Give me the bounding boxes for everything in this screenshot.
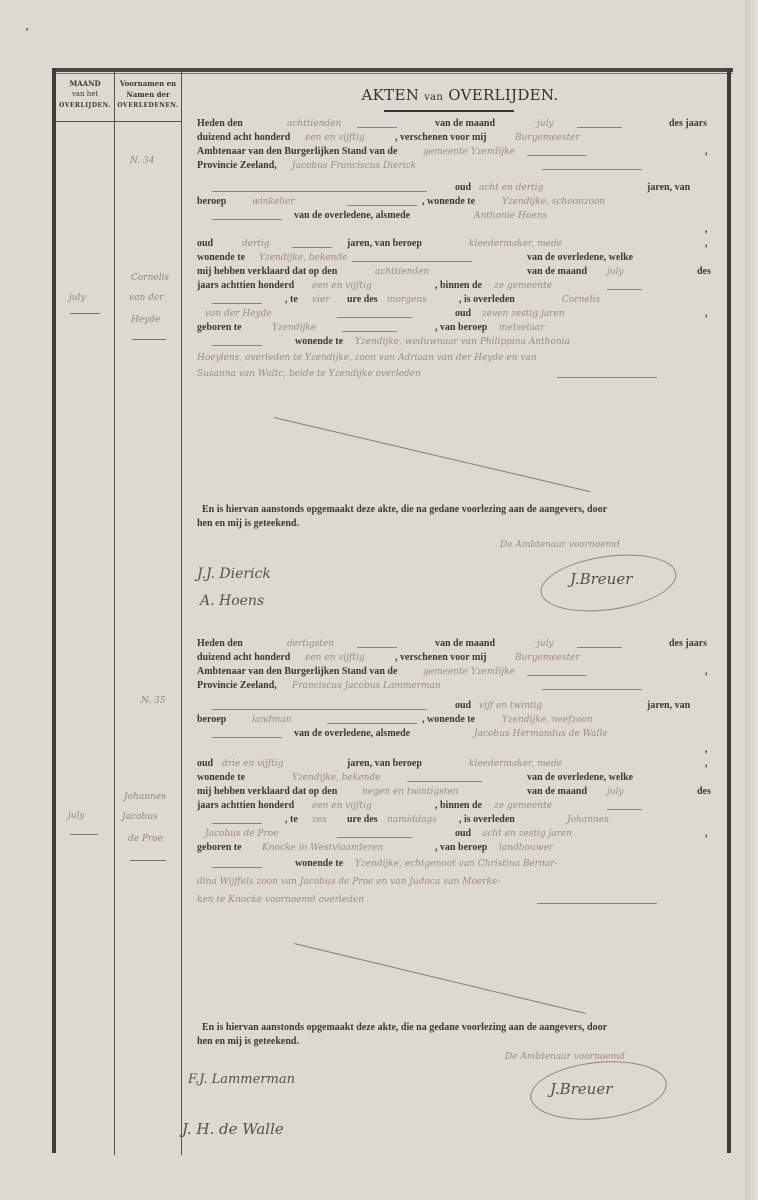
- frame-top-inner-border: [53, 73, 733, 74]
- line: van der Heyde oud zeven zestig jaren ,: [197, 307, 717, 321]
- strike-line: [294, 943, 586, 1014]
- column-header-rule: [56, 121, 182, 122]
- signature-official: J.Breuer: [550, 1080, 612, 1098]
- line: geboren te Knocke in Westvlaanderen , va…: [197, 841, 717, 855]
- closing-line: hen en mij is geteekend.: [197, 1035, 717, 1049]
- line: Jacobus de Proe oud acht en zestig jaren…: [197, 827, 717, 841]
- signature-official: J.Breuer: [570, 570, 632, 588]
- line: beroep winkelier , wonende te Yzendijke,…: [197, 195, 717, 209]
- side-rule: [130, 860, 166, 861]
- record-number: N. 35: [141, 696, 165, 706]
- record-number: N. 34: [130, 156, 154, 166]
- line: oud vijf en twintig jaren, van: [197, 699, 717, 713]
- title-rule: [384, 110, 514, 112]
- line: van de overledene, alsmede Anthonie Hoen…: [197, 209, 717, 223]
- closing-line: En is hiervan aanstonds opgemaakt deze a…: [197, 1021, 717, 1035]
- side-month: july: [69, 293, 86, 303]
- line: mij hebben verklaard dat op den achttien…: [197, 265, 717, 279]
- margin-mark: ’: [25, 26, 29, 40]
- official-caption: De Ambtenaar voornoemd: [500, 540, 620, 550]
- side-month: july: [68, 811, 85, 821]
- line: , te zes ure des namiddags , is overlede…: [197, 813, 717, 827]
- page-edge: [745, 0, 758, 1200]
- line: duizend acht honderd een en vijftig , ve…: [197, 131, 717, 145]
- page-title: AKTEN van OVERLIJDEN.: [190, 86, 730, 104]
- line: geboren te Yzendijke , van beroep metsel…: [197, 321, 717, 335]
- frame-right-border: [727, 68, 731, 1153]
- column-header-month: MAAND van het OVERLIJDEN.: [56, 78, 114, 111]
- side-name-line-2: Jacobus: [122, 812, 158, 822]
- line: van de overledene, alsmede Jacobus Herma…: [197, 727, 717, 741]
- line: Hoeylens, overleden te Yzendijke, zoon v…: [197, 351, 717, 365]
- line: Susanna van Waltc, beide te Yzendijke ov…: [197, 367, 717, 381]
- line: ,: [197, 743, 717, 757]
- line: Heden den achttienden van de maand july …: [197, 117, 717, 131]
- frame-left-border: [52, 68, 56, 1153]
- line: Heden den dertigsten van de maand july d…: [197, 637, 717, 651]
- line: mij hebben verklaard dat op den negen en…: [197, 785, 717, 799]
- side-rule: [132, 339, 166, 340]
- side-name-line-1: Cornelis: [131, 273, 169, 283]
- line: Provincie Zeeland, Franciscus Jacobus La…: [197, 679, 717, 693]
- signature-declarant-1: J.J. Dierick: [197, 566, 271, 582]
- line: , te vier ure des morgens , is overleden…: [197, 293, 717, 307]
- line: ken te Knocke voornoemd overleden: [197, 893, 717, 907]
- column-divider-names: [181, 72, 182, 1155]
- line: oud acht en dertig jaren, van: [197, 181, 717, 195]
- line: beroep landman , wonende te Yzendijke, n…: [197, 713, 717, 727]
- line: Ambtenaar van den Burgerlijken Stand van…: [197, 665, 717, 679]
- side-rule: [70, 313, 100, 314]
- line: ,: [197, 223, 717, 237]
- line: Provincie Zeeland, Jacobus Franciscus Di…: [197, 159, 717, 173]
- line: wonende te Yzendijke, bekende van de ove…: [197, 771, 717, 785]
- signature-declarant-1: F.J. Lammerman: [188, 1072, 295, 1087]
- line: jaars achttien honderd een en vijftig , …: [197, 799, 717, 813]
- closing-line: En is hiervan aanstonds opgemaakt deze a…: [197, 503, 717, 517]
- side-name-line-1: Johannes: [124, 792, 166, 802]
- column-divider-month: [114, 72, 115, 1155]
- side-name-line-3: Heyde: [131, 315, 160, 325]
- line: wonende te Yzendijke, weduwnaar van Phil…: [197, 335, 717, 349]
- line: Ambtenaar van den Burgerlijken Stand van…: [197, 145, 717, 159]
- line: duizend acht honderd een en vijftig , ve…: [197, 651, 717, 665]
- side-name-line-3: de Proe: [128, 834, 163, 844]
- side-rule: [70, 834, 98, 835]
- closing-line: hen en mij is geteekend.: [197, 517, 717, 531]
- line: wonende te Yzendijke, bekende van de ove…: [197, 251, 717, 265]
- line: jaars achttien honderd een en vijftig , …: [197, 279, 717, 293]
- strike-line: [274, 417, 591, 492]
- column-header-names: Voornamen en Namen der OVERLEDENEN.: [115, 78, 181, 111]
- side-name-line-2: van der: [129, 293, 164, 303]
- line: wonende te Yzendijke, echtgenoot van Chr…: [197, 857, 717, 871]
- line: oud drie en vijftig jaren, van beroep kl…: [197, 757, 717, 771]
- line: oud dertig jaren, van beroep kleedermake…: [197, 237, 717, 251]
- line: dina Wijffels zoon van Jacobus de Proe e…: [197, 875, 717, 889]
- frame-top-border: [53, 68, 733, 72]
- signature-declarant-2: A. Hoens: [200, 593, 264, 609]
- signature-declarant-2: J. H. de Walle: [182, 1120, 284, 1138]
